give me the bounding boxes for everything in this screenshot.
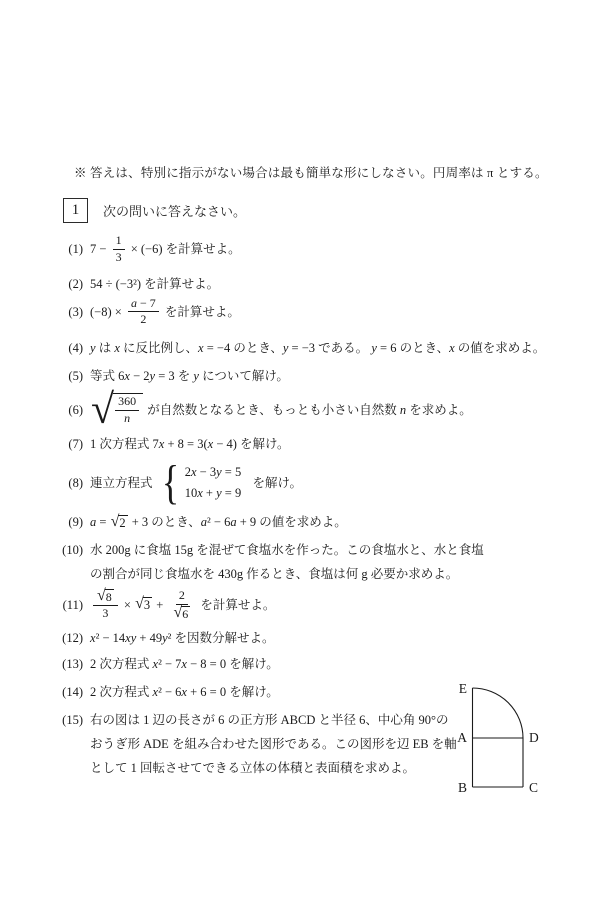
radicand: 360n: [113, 393, 143, 426]
fraction: √83: [93, 589, 118, 620]
problem-label: (9): [57, 513, 83, 531]
instructions-note: ※ 答えは、特別に指示がない場合は最も簡単な形にしなさい。円周率は π とする。: [74, 163, 548, 181]
text-run: として 1 回転させてできる立体の体積と表面積を求めよ。: [90, 759, 415, 777]
text-run: 連立方程式: [90, 474, 156, 492]
figure-label-E: E: [459, 681, 467, 696]
math-run: 10x + y = 9: [185, 486, 242, 500]
square-root: √6: [173, 606, 190, 621]
text-run: を: [175, 367, 194, 385]
problem-label: (2): [57, 275, 83, 293]
equation-column: 2x − 3y = 510x + y = 9: [185, 462, 242, 504]
text-run: 右の図は 1 辺の長さが 6 の正方形 ABCD と半径 6、中心角 90°の: [90, 711, 448, 729]
math-run: x² − 7x − 8 = 0: [153, 655, 227, 673]
math-run: 7x + 8 = 3(x − 4): [153, 435, 237, 453]
problem-line: 2 次方程式 x² − 7x − 8 = 0 を解け。: [90, 655, 279, 673]
problem-content: √83 × √3 + 2√6 を計算せよ。: [90, 589, 275, 620]
square-root: √8: [97, 589, 114, 604]
problem-line: 7 − 13 × (−6) を計算せよ。: [90, 234, 241, 265]
problem-content: y は x に反比例し、x = −4 のとき、y = −3 である。 y = 6…: [90, 339, 545, 357]
math-run: x² − 6x + 6 = 0: [153, 683, 227, 701]
text-run: を計算せよ。: [162, 303, 240, 321]
text-run: を解け。: [226, 683, 279, 701]
problem-row: (5)等式 6x − 2y = 3 を y について解け。: [0, 367, 600, 385]
math-run: ×: [121, 596, 134, 614]
fraction-numerator: 360: [115, 395, 139, 411]
figure-arc-ED: [473, 688, 524, 738]
problem-line: 等式 6x − 2y = 3 を y について解け。: [90, 367, 289, 385]
text-run: のとき、: [230, 339, 283, 357]
equation-line: 10x + y = 9: [185, 483, 242, 504]
problem-row: (12)x² − 14xy + 49y² を因数分解せよ。: [0, 629, 600, 647]
text-run: を解け。: [246, 474, 302, 492]
math-run: 8: [106, 590, 112, 604]
problem-row: (4)y は x に反比例し、x = −4 のとき、y = −3 である。 y …: [0, 339, 600, 357]
text-run: を因数分解せよ。: [171, 629, 274, 647]
figure-label-A: A: [457, 730, 467, 745]
problem-line: √83 × √3 + 2√6 を計算せよ。: [90, 589, 275, 620]
section-number-box: 1: [63, 198, 88, 223]
text-run: の値を求めよ。: [256, 513, 347, 531]
problem-label: (1): [57, 240, 83, 258]
math-run: × (−6): [128, 240, 163, 258]
math-run: 6x − 2y = 3: [118, 367, 175, 385]
figure-label-B: B: [458, 780, 467, 795]
math-run: 3: [144, 598, 150, 612]
problem-content: 右の図は 1 辺の長さが 6 の正方形 ABCD と半径 6、中心角 90°のお…: [90, 711, 457, 777]
problem-content: (−8) × a − 72 を計算せよ。: [90, 297, 240, 328]
problem-label: (6): [57, 401, 83, 419]
fraction: 360n: [115, 395, 139, 426]
problem-line: a = √2 + 3 のとき、a² − 6a + 9 の値を求めよ。: [90, 513, 347, 531]
text-run: を計算せよ。: [163, 240, 241, 258]
problem-line: 1 次方程式 7x + 8 = 3(x − 4) を解け。: [90, 435, 290, 453]
problem-content: 連立方程式 {2x − 3y = 510x + y = 9 を解け。: [90, 461, 302, 505]
problem-row: (6)√360n が自然数となるとき、もっとも小さい自然数 n を求めよ。: [0, 393, 600, 427]
problem-line: 2 次方程式 x² − 6x + 6 = 0 を解け。: [90, 683, 279, 701]
square-root: √360n: [91, 393, 143, 427]
square-root: √3: [135, 597, 152, 612]
problem-content: 等式 6x − 2y = 3 を y について解け。: [90, 367, 289, 385]
problem-label: (8): [57, 474, 83, 492]
problem-line: おうぎ形 ADE を組み合わせた図形である。この図形を辺 EB を軸: [90, 735, 457, 753]
problem-content: x² − 14xy + 49y² を因数分解せよ。: [90, 629, 275, 647]
problem-content: a = √2 + 3 のとき、a² − 6a + 9 の値を求めよ。: [90, 513, 347, 531]
problem-label: (11): [57, 596, 83, 614]
section-header: 1 次の問いに答えなさい。: [63, 198, 246, 223]
fraction-denominator: √6: [169, 605, 194, 621]
problem-line: 水 200g に食塩 15g を混ぜて食塩水を作った。この食塩水と、水と食塩: [90, 541, 484, 559]
radicand: 8: [105, 589, 114, 604]
math-run: 3: [102, 607, 108, 621]
figure-svg: E A D B C: [447, 672, 547, 804]
radicand: 6: [181, 606, 190, 621]
problem-row: (11)√83 × √3 + 2√6 を計算せよ。: [0, 589, 600, 620]
text-run: である。: [315, 339, 371, 357]
fraction-numerator: a − 7: [128, 297, 159, 313]
problem-content: 2 次方程式 x² − 6x + 6 = 0 を解け。: [90, 683, 279, 701]
left-brace-icon: {: [162, 461, 179, 505]
text-run: を計算せよ。: [197, 596, 275, 614]
math-run: 6: [182, 607, 188, 621]
text-run: に反比例し、: [120, 339, 198, 357]
math-run: + 3: [129, 513, 149, 531]
fraction-numerator: √8: [93, 589, 118, 606]
math-run: 3: [116, 251, 122, 265]
text-run: の割合が同じ食塩水を 430g 作るとき、食塩は何 g 必要か求めよ。: [90, 565, 458, 583]
math-run: 1: [116, 234, 122, 248]
equation-line: 2x − 3y = 5: [185, 462, 242, 483]
equation-system: {2x − 3y = 510x + y = 9: [159, 461, 242, 505]
square-root: √2: [111, 515, 128, 530]
radicand: 2: [118, 515, 127, 530]
problem-line: x² − 14xy + 49y² を因数分解せよ。: [90, 629, 275, 647]
radical-sign-icon: √: [91, 393, 114, 427]
problem-row: (1)7 − 13 × (−6) を計算せよ。: [0, 234, 600, 265]
problem-label: (14): [57, 683, 83, 701]
problem-content: 水 200g に食塩 15g を混ぜて食塩水を作った。この食塩水と、水と食塩の割…: [90, 541, 484, 583]
problem-label: (10): [57, 541, 83, 559]
text-run: を解け。: [237, 435, 290, 453]
math-run: 7 −: [90, 240, 110, 258]
problem-row: (13)2 次方程式 x² − 7x − 8 = 0 を解け。: [0, 655, 600, 673]
problem-content: 1 次方程式 7x + 8 = 3(x − 4) を解け。: [90, 435, 290, 453]
fraction-denominator: 2: [137, 312, 149, 327]
fraction: 13: [113, 234, 125, 265]
problem-content: 54 ÷ (−3²) を計算せよ。: [90, 275, 219, 293]
text-run: のとき、: [148, 513, 201, 531]
text-run: の値を求めよ。: [455, 339, 546, 357]
text-run: について解け。: [199, 367, 289, 385]
geometry-figure: E A D B C: [447, 672, 547, 804]
math-run: x = −4: [198, 339, 230, 357]
fraction: a − 72: [128, 297, 159, 328]
exam-page: ※ 答えは、特別に指示がない場合は最も簡単な形にしなさい。円周率は π とする。…: [0, 0, 600, 900]
text-run: のとき、: [396, 339, 449, 357]
figure-label-C: C: [529, 780, 538, 795]
problem-row: (7)1 次方程式 7x + 8 = 3(x − 4) を解け。: [0, 435, 600, 453]
problem-row: (8)連立方程式 {2x − 3y = 510x + y = 9 を解け。: [0, 461, 600, 505]
problem-line: (−8) × a − 72 を計算せよ。: [90, 297, 240, 328]
math-run: a =: [90, 513, 110, 531]
fraction-denominator: 3: [113, 250, 125, 265]
problem-label: (12): [57, 629, 83, 647]
text-run: を解け。: [226, 655, 279, 673]
math-run: 360: [118, 395, 136, 409]
problem-row: (10)水 200g に食塩 15g を混ぜて食塩水を作った。この食塩水と、水と…: [0, 541, 600, 583]
text-run: 1 次方程式: [90, 435, 153, 453]
fraction-denominator: 3: [99, 606, 111, 621]
text-run: 2 次方程式: [90, 683, 153, 701]
text-run: 等式: [90, 367, 118, 385]
figure-label-D: D: [529, 730, 539, 745]
problem-label: (13): [57, 655, 83, 673]
problem-line: 連立方程式 {2x − 3y = 510x + y = 9 を解け。: [90, 461, 302, 505]
math-run: a − 7: [131, 297, 156, 311]
problem-row: (9)a = √2 + 3 のとき、a² − 6a + 9 の値を求めよ。: [0, 513, 600, 531]
math-run: 2x − 3y = 5: [185, 465, 242, 479]
math-run: 2: [179, 589, 185, 603]
problem-row: (2)54 ÷ (−3²) を計算せよ。: [0, 275, 600, 293]
text-run: を計算せよ。: [141, 275, 219, 293]
text-run: が自然数となるとき、もっとも小さい自然数: [144, 401, 400, 419]
problem-label: (4): [57, 339, 83, 357]
text-run: おうぎ形 ADE を組み合わせた図形である。この図形を辺 EB を軸: [90, 735, 457, 753]
problem-content: 2 次方程式 x² − 7x − 8 = 0 を解け。: [90, 655, 279, 673]
fraction: 2√6: [169, 589, 194, 620]
fraction-denominator: n: [121, 411, 133, 426]
math-run: y = 6: [371, 339, 396, 357]
math-run: (−8) ×: [90, 303, 125, 321]
math-run: +: [153, 596, 166, 614]
math-run: x² − 14xy + 49y²: [90, 629, 171, 647]
problem-line: y は x に反比例し、x = −4 のとき、y = −3 である。 y = 6…: [90, 339, 545, 357]
section-title: 次の問いに答えなさい。: [103, 201, 246, 220]
problem-line: 右の図は 1 辺の長さが 6 の正方形 ABCD と半径 6、中心角 90°の: [90, 711, 457, 729]
math-run: a² − 6a + 9: [201, 513, 256, 531]
math-run: 2: [119, 516, 125, 530]
problem-label: (15): [57, 711, 83, 729]
math-run: 54 ÷ (−3²): [90, 275, 141, 293]
text-run: 2 次方程式: [90, 655, 153, 673]
problem-line: の割合が同じ食塩水を 430g 作るとき、食塩は何 g 必要か求めよ。: [90, 565, 484, 583]
fraction-numerator: 2: [176, 589, 188, 605]
problem-row: (3)(−8) × a − 72 を計算せよ。: [0, 297, 600, 328]
text-run: 水 200g に食塩 15g を混ぜて食塩水を作った。この食塩水と、水と食塩: [90, 541, 484, 559]
problem-label: (7): [57, 435, 83, 453]
text-run: は: [96, 339, 115, 357]
problem-label: (5): [57, 367, 83, 385]
problem-content: √360n が自然数となるとき、もっとも小さい自然数 n を求めよ。: [90, 393, 472, 427]
problem-label: (3): [57, 303, 83, 321]
problem-line: 54 ÷ (−3²) を計算せよ。: [90, 275, 219, 293]
math-run: n: [124, 412, 130, 426]
text-run: を求めよ。: [406, 401, 472, 419]
problem-content: 7 − 13 × (−6) を計算せよ。: [90, 234, 241, 265]
radicand: 3: [143, 597, 152, 612]
problem-line: として 1 回転させてできる立体の体積と表面積を求めよ。: [90, 759, 457, 777]
math-run: y = −3: [283, 339, 315, 357]
problem-line: √360n が自然数となるとき、もっとも小さい自然数 n を求めよ。: [90, 393, 472, 427]
fraction-numerator: 1: [113, 234, 125, 250]
math-run: 2: [140, 313, 146, 327]
